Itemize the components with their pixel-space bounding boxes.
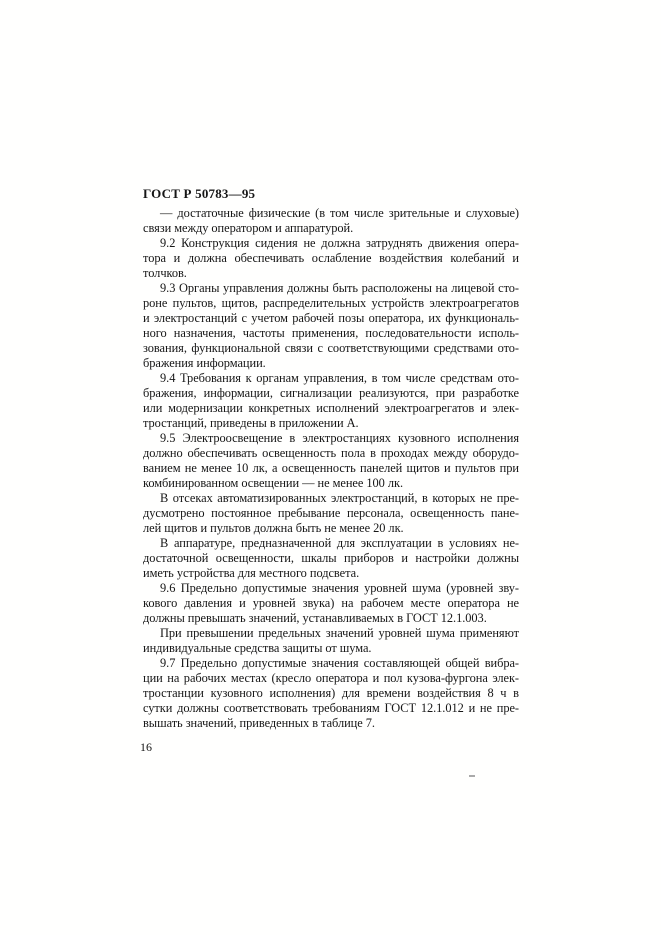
text-line: индивидуальные средства защиты от шума.	[143, 641, 519, 656]
text-line: 9.2 Конструкция сидения не должна затруд…	[143, 236, 519, 251]
text-line: толчков.	[143, 266, 519, 281]
paragraph: В отсеках автоматизированных электростан…	[143, 491, 519, 536]
paragraph: При превышении предельных значений уровн…	[143, 626, 519, 656]
paragraph: 9.3 Органы управления должны быть распол…	[143, 281, 519, 371]
text-line: ции на рабочих местах (кресло оператора …	[143, 671, 519, 686]
page-number: 16	[140, 740, 152, 755]
text-line: дусмотрено постоянное пребывание персона…	[143, 506, 519, 521]
text-line: В аппаратуре, предназначенной для эксплу…	[143, 536, 519, 551]
paragraph: 9.2 Конструкция сидения не должна затруд…	[143, 236, 519, 281]
text-line: должно обеспечивать освещенность пола в …	[143, 446, 519, 461]
text-line: 9.6 Предельно допустимые значения уровне…	[143, 581, 519, 596]
paragraph: 9.7 Предельно допустимые значения состав…	[143, 656, 519, 731]
text-line: роне пультов, щитов, распределительных у…	[143, 296, 519, 311]
text-line: В отсеках автоматизированных электростан…	[143, 491, 519, 506]
text-line: тора и должна обеспечивать ослабление во…	[143, 251, 519, 266]
text-line: лей щитов и пультов должна быть не менее…	[143, 521, 519, 536]
text-line: 9.3 Органы управления должны быть распол…	[143, 281, 519, 296]
text-line: — достаточные физические (в том числе зр…	[143, 206, 519, 221]
paragraph: — достаточные физические (в том числе зр…	[143, 206, 519, 236]
text-line: сутки должны соответствовать требованиям…	[143, 701, 519, 716]
text-line: иметь устройства для местного подсвета.	[143, 566, 519, 581]
paragraph: 9.4 Требования к органам управления, в т…	[143, 371, 519, 431]
text-line: кового давления и уровней звука) на рабо…	[143, 596, 519, 611]
scan-artifact-mark	[469, 775, 475, 777]
document-page: ГОСТ Р 50783—95 — достаточные физические…	[0, 0, 661, 935]
text-line: достаточной освещенности, шкалы приборов…	[143, 551, 519, 566]
text-line: ванием не менее 10 лк, а освещенность па…	[143, 461, 519, 476]
text-line: 9.7 Предельно допустимые значения состав…	[143, 656, 519, 671]
text-line: должны превышать значений, устанавливаем…	[143, 611, 519, 626]
text-line: бражения информации.	[143, 356, 519, 371]
text-line: или модернизации конкретных исполнений э…	[143, 401, 519, 416]
paragraph: 9.5 Электроосвещение в электростанциях к…	[143, 431, 519, 491]
document-body: — достаточные физические (в том числе зр…	[143, 206, 519, 731]
text-line: бражения, информации, сигнализации реали…	[143, 386, 519, 401]
text-line: тростанции кузовного исполнения) для вре…	[143, 686, 519, 701]
paragraph: 9.6 Предельно допустимые значения уровне…	[143, 581, 519, 626]
text-line: 9.5 Электроосвещение в электростанциях к…	[143, 431, 519, 446]
text-line: вышать значений, приведенных в таблице 7…	[143, 716, 519, 731]
text-line: При превышении предельных значений уровн…	[143, 626, 519, 641]
text-line: связи между оператором и аппаратурой.	[143, 221, 519, 236]
gost-standard-number-header: ГОСТ Р 50783—95	[143, 186, 255, 202]
text-line: 9.4 Требования к органам управления, в т…	[143, 371, 519, 386]
text-line: зования, функциональной связи с соответс…	[143, 341, 519, 356]
text-line: ного назначения, частоты применения, пос…	[143, 326, 519, 341]
text-line: тростанций, приведены в приложении А.	[143, 416, 519, 431]
text-line: и электростанций с учетом рабочей позы о…	[143, 311, 519, 326]
text-line: комбинированном освещении — не менее 100…	[143, 476, 519, 491]
paragraph: В аппаратуре, предназначенной для эксплу…	[143, 536, 519, 581]
